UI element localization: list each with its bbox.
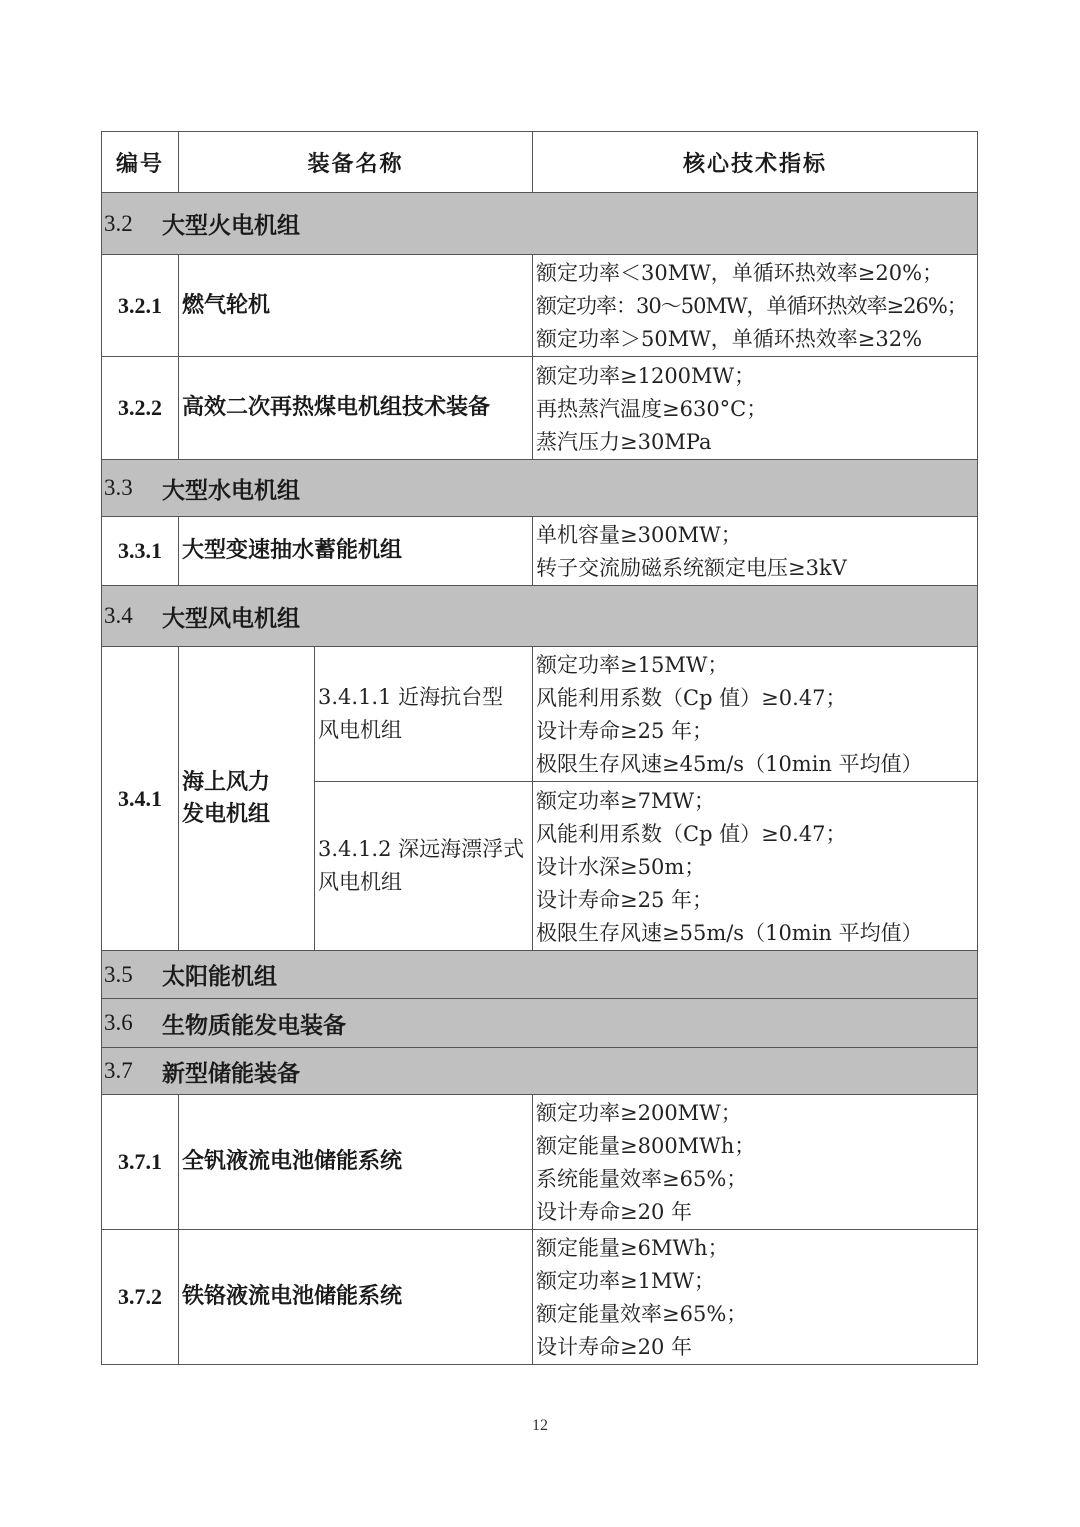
subitem-spec-3-4-1-1: 额定功率≥15MW； 风能利用系数（Cp 值）≥0.47； 设计寿命≥25 年；…: [532, 646, 978, 781]
row-code: 3.2.2: [101, 356, 178, 459]
row-name: 铁铬液流电池储能系统: [178, 1229, 532, 1365]
section-row-3-3: 3.3 大型水电机组: [101, 459, 978, 516]
row-code: 3.4.1: [101, 646, 178, 950]
section-number: 3.5: [102, 962, 162, 988]
section-row-3-7: 3.7 新型储能装备: [101, 1047, 978, 1094]
subitem-name-line: 3.4.1.1 近海抗台型: [318, 681, 503, 714]
spec-line: 设计水深≥50m；: [536, 851, 977, 884]
header-code: 编号: [101, 131, 178, 192]
subitem-name-line: 风电机组: [318, 866, 402, 899]
row-code: 3.3.1: [101, 516, 178, 585]
spec-line: 风能利用系数（Cp 值）≥0.47；: [536, 818, 977, 851]
spec-line: 额定能量效率≥65%；: [536, 1298, 977, 1331]
spec-line: 额定能量≥800MWh；: [536, 1130, 977, 1163]
row-code: 3.7.1: [101, 1094, 178, 1229]
section-number: 3.3: [102, 475, 162, 501]
section-title: 太阳能机组: [162, 958, 277, 991]
spec-line: 系统能量效率≥65%；: [536, 1163, 977, 1196]
spec-line: 极限生存风速≥55m/s（10min 平均值）: [536, 917, 977, 950]
spec-line: 额定功率≥200MW；: [536, 1097, 977, 1130]
row-name-line: 海上风力: [182, 767, 270, 799]
spec-line: 设计寿命≥20 年: [536, 1331, 977, 1364]
spec-line: 额定功率：30～50MW，单循环热效率≥26%；: [536, 290, 977, 323]
row-spec: 额定功率≥1200MW； 再热蒸汽温度≥630°C； 蒸汽压力≥30MPa: [532, 356, 978, 459]
section-row-3-4: 3.4 大型风电机组: [101, 585, 978, 646]
table-row-3-2-1: 3.2.1 燃气轮机 额定功率＜30MW，单循环热效率≥20%； 额定功率：30…: [101, 254, 978, 356]
spec-line: 额定功率≥1MW；: [536, 1265, 977, 1298]
spec-line: 额定功率＞50MW，单循环热效率≥32%: [536, 323, 977, 356]
spec-line: 单机容量≥300MW；: [536, 519, 977, 552]
spec-line: 额定功率＜30MW，单循环热效率≥20%；: [536, 257, 977, 290]
spec-line: 额定功率≥1200MW；: [536, 360, 977, 393]
spec-line: 再热蒸汽温度≥630°C；: [536, 393, 977, 426]
spec-line: 额定功率≥7MW；: [536, 785, 977, 818]
row-code: 3.7.2: [101, 1229, 178, 1365]
row-spec: 额定能量≥6MWh； 额定功率≥1MW； 额定能量效率≥65%； 设计寿命≥20…: [532, 1229, 978, 1365]
section-row-3-2: 3.2 大型火电机组: [101, 192, 978, 254]
row-spec: 单机容量≥300MW； 转子交流励磁系统额定电压≥3kV: [532, 516, 978, 585]
spec-line: 蒸汽压力≥30MPa: [536, 426, 977, 459]
spec-line: 极限生存风速≥45m/s（10min 平均值）: [536, 748, 977, 781]
header-spec: 核心技术指标: [532, 131, 978, 192]
section-row-3-6: 3.6 生物质能发电装备: [101, 998, 978, 1047]
section-number: 3.4: [102, 603, 162, 629]
spec-line: 额定功率≥15MW；: [536, 649, 977, 682]
table-header-row: 编号 装备名称 核心技术指标: [101, 131, 978, 192]
section-title: 大型水电机组: [162, 472, 300, 505]
section-title: 生物质能发电装备: [162, 1007, 346, 1040]
spec-line: 设计寿命≥20 年: [536, 1196, 977, 1229]
spec-line: 额定能量≥6MWh；: [536, 1232, 977, 1265]
header-name: 装备名称: [178, 131, 532, 192]
section-number: 3.6: [102, 1010, 162, 1036]
table-row-3-7-1: 3.7.1 全钒液流电池储能系统 额定功率≥200MW； 额定能量≥800MWh…: [101, 1094, 978, 1229]
page-number: 12: [0, 1417, 1080, 1435]
row-name: 燃气轮机: [178, 254, 532, 356]
subitem-name-3-4-1-1: 3.4.1.1 近海抗台型 风电机组: [314, 646, 532, 781]
section-title: 大型风电机组: [162, 600, 300, 633]
row-name: 全钒液流电池储能系统: [178, 1094, 532, 1229]
table-row-3-4-1: 3.4.1 海上风力 发电机组 3.4.1.1 近海抗台型 风电机组 额定功率≥…: [101, 646, 978, 950]
table-row-3-3-1: 3.3.1 大型变速抽水蓄能机组 单机容量≥300MW； 转子交流励磁系统额定电…: [101, 516, 978, 585]
row-spec: 额定功率＜30MW，单循环热效率≥20%； 额定功率：30～50MW，单循环热效…: [532, 254, 978, 356]
row-spec: 额定功率≥200MW； 额定能量≥800MWh； 系统能量效率≥65%； 设计寿…: [532, 1094, 978, 1229]
subitem-name-3-4-1-2: 3.4.1.2 深远海漂浮式 风电机组: [314, 781, 532, 950]
spec-line: 设计寿命≥25 年；: [536, 715, 977, 748]
row-name: 高效二次再热煤电机组技术装备: [178, 356, 532, 459]
row-name: 海上风力 发电机组: [178, 646, 314, 950]
spec-line: 风能利用系数（Cp 值）≥0.47；: [536, 682, 977, 715]
table-row-3-2-2: 3.2.2 高效二次再热煤电机组技术装备 额定功率≥1200MW； 再热蒸汽温度…: [101, 356, 978, 459]
spec-line: 设计寿命≥25 年；: [536, 884, 977, 917]
spec-line: 转子交流励磁系统额定电压≥3kV: [536, 552, 977, 585]
table-row-3-7-2: 3.7.2 铁铬液流电池储能系统 额定能量≥6MWh； 额定功率≥1MW； 额定…: [101, 1229, 978, 1365]
section-number: 3.2: [102, 211, 162, 237]
row-name-line: 发电机组: [182, 799, 270, 831]
section-row-3-5: 3.5 太阳能机组: [101, 950, 978, 998]
section-title: 大型火电机组: [162, 207, 300, 240]
subitem-name-line: 风电机组: [318, 714, 402, 747]
subitem-spec-3-4-1-2: 额定功率≥7MW； 风能利用系数（Cp 值）≥0.47； 设计水深≥50m； 设…: [532, 781, 978, 950]
section-number: 3.7: [102, 1058, 162, 1084]
section-title: 新型储能装备: [162, 1055, 300, 1088]
subitem-name-line: 3.4.1.2 深远海漂浮式: [318, 833, 524, 866]
row-code: 3.2.1: [101, 254, 178, 356]
row-name: 大型变速抽水蓄能机组: [178, 516, 532, 585]
